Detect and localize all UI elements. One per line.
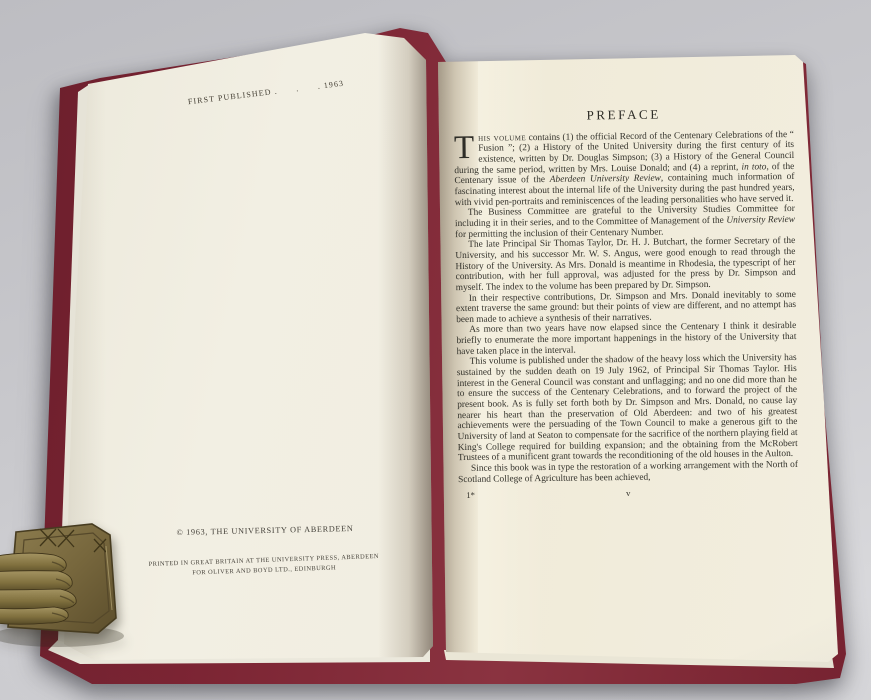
page-number: v bbox=[458, 486, 798, 501]
preface-text-block: PREFACE This volume contains (1) the off… bbox=[454, 108, 799, 503]
drop-cap-letter: T bbox=[454, 133, 478, 160]
preface-paragraph: Since this book was in type the restorat… bbox=[458, 460, 798, 485]
preface-paragraph: The Business Committee are grateful to t… bbox=[455, 204, 795, 240]
preface-paragraph: As more than two years have now elapsed … bbox=[456, 321, 796, 357]
preface-paragraph: This volume is published under the shado… bbox=[457, 353, 798, 464]
preface-paragraph: This volume contains (1) the official Re… bbox=[454, 130, 795, 209]
preface-body: This volume contains (1) the official Re… bbox=[454, 130, 798, 486]
preface-paragraph: The late Principal Sir Thomas Taylor, Dr… bbox=[455, 236, 796, 293]
brass-hand-paperweight bbox=[0, 506, 146, 658]
preface-paragraph: In their respective contributions, Dr. S… bbox=[456, 289, 796, 325]
photo-of-open-book: FIRST PUBLISHED . . . 1963 © 1963, THE U… bbox=[0, 0, 871, 700]
